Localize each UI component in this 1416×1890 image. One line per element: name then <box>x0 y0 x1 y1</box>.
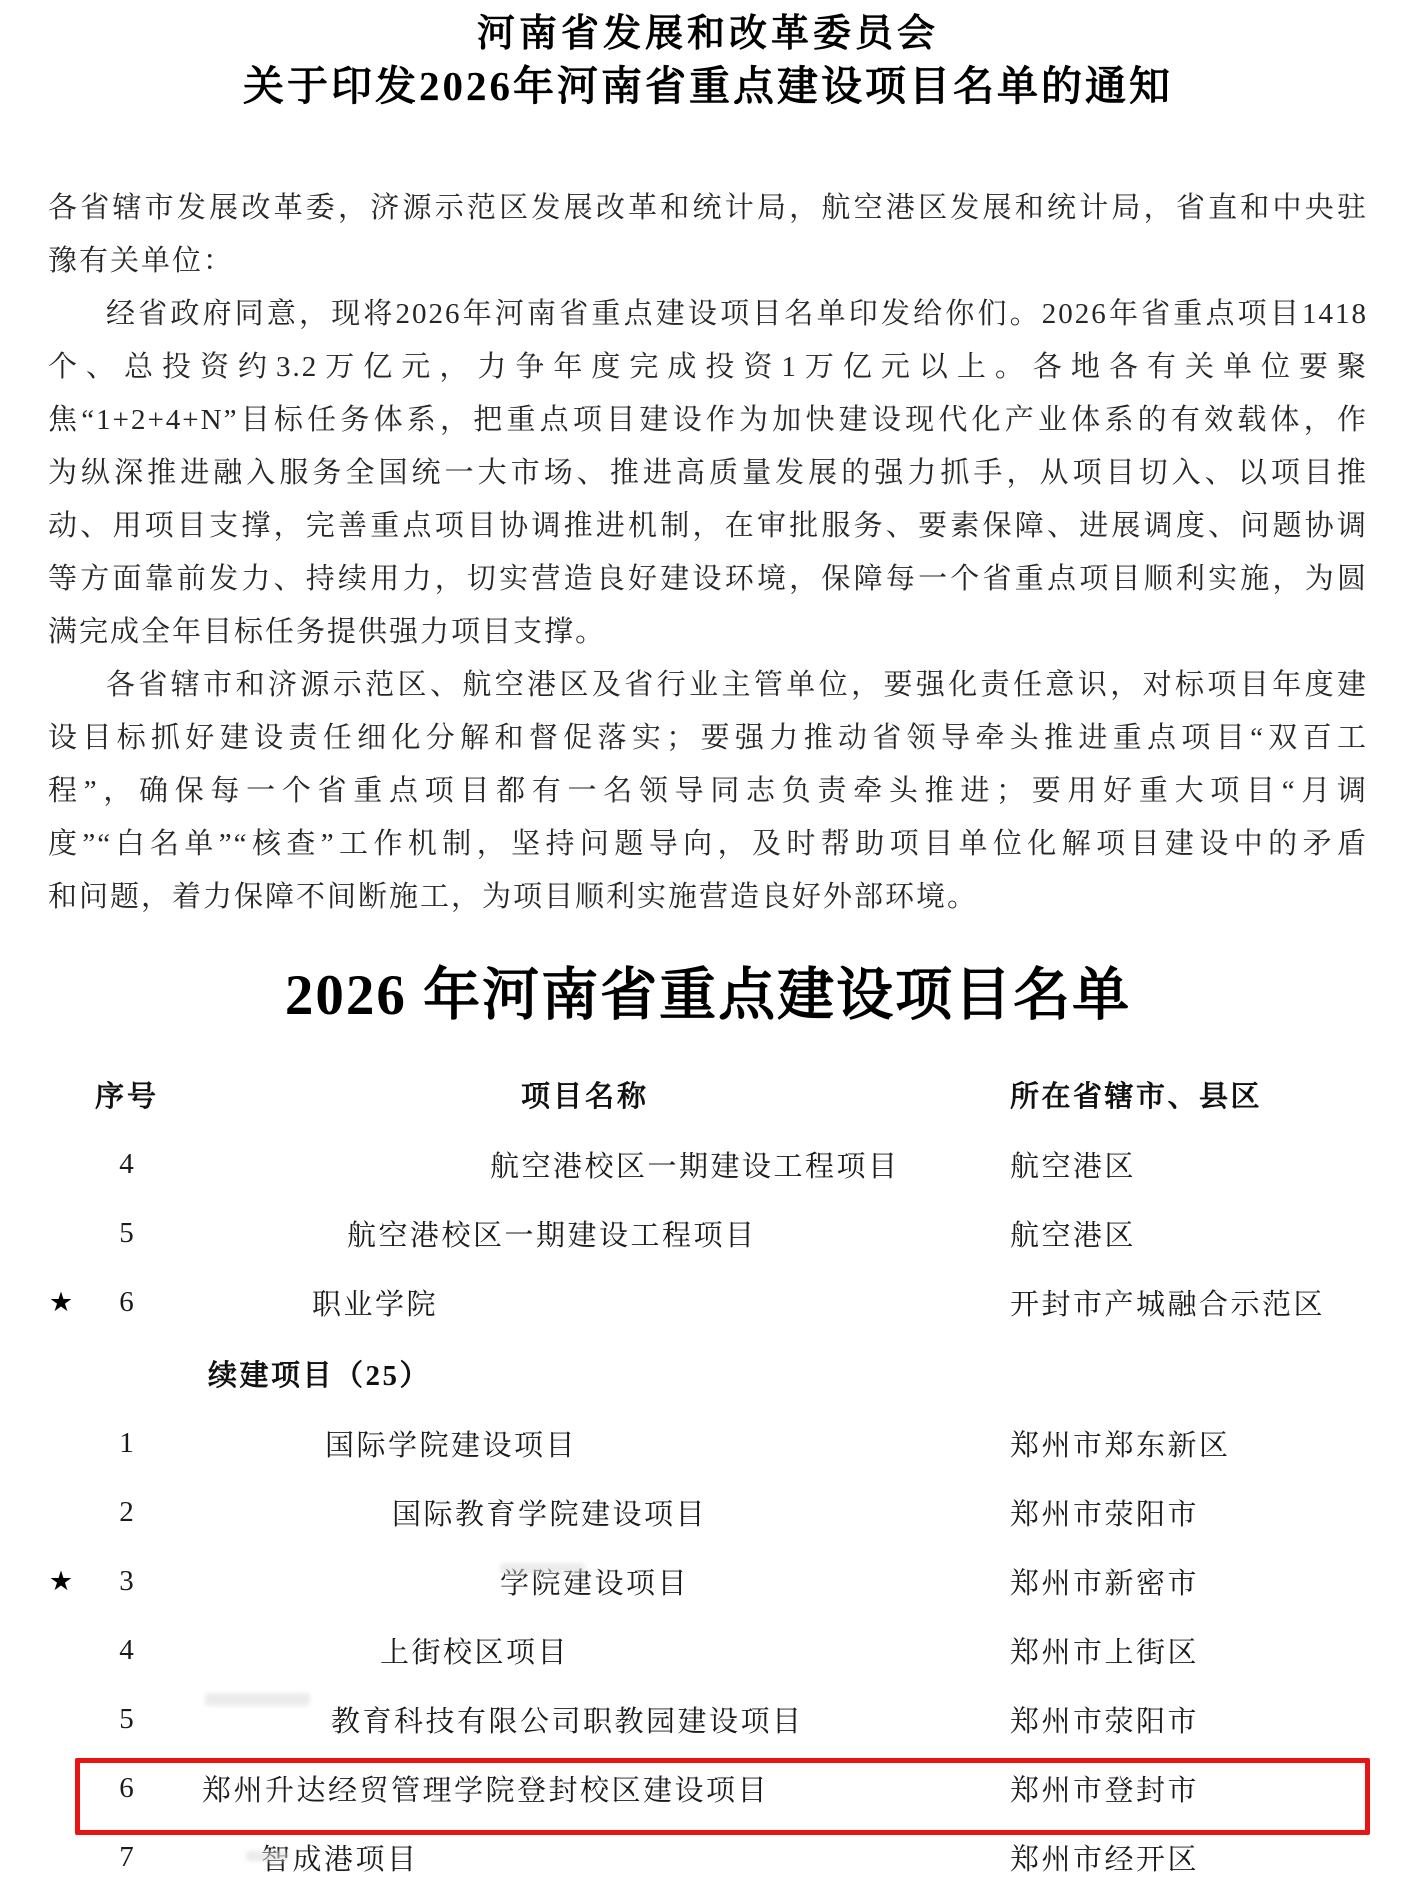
project-location: 开封市产城融合示范区 <box>1000 1282 1416 1323</box>
body-line: 为纵深推进融入服务全国统一大市场、推进高质量发展的强力抓手，从项目切入、以项目推 <box>48 447 1368 500</box>
star-icon: ★ <box>38 1566 84 1597</box>
table-row-highlighted: 6 郑州升达经贸管理学院登封校区建设项目 郑州市登封市 <box>0 1754 1416 1823</box>
notice-body: 各省辖市发展改革委，济源示范区发展改革和统计局，航空港区发展和统计局，省直和中央… <box>48 182 1368 924</box>
table-header-row: 序号 项目名称 所在省辖市、县区 <box>0 1058 1416 1130</box>
notice-title: 关于印发2026年河南省重点建设项目名单的通知 <box>0 60 1416 112</box>
body-line: 各省辖市发展改革委，济源示范区发展改革和统计局，航空港区发展和统计局，省直和中央… <box>48 182 1368 235</box>
row-index: 2 <box>84 1496 170 1529</box>
body-line: 和问题，着力保障不间断施工，为项目顺利实施营造良好外部环境。 <box>48 871 1368 924</box>
body-line: 程”，确保每一个省重点项目都有一名领导同志负责牵头推进；要用好重大项目“月调 <box>48 765 1368 818</box>
row-index: 4 <box>84 1148 170 1181</box>
row-index: 4 <box>84 1634 170 1667</box>
row-index: 5 <box>84 1217 170 1250</box>
document-page: 河南省发展和改革委员会 关于印发2026年河南省重点建设项目名单的通知 各省辖市… <box>0 0 1416 1890</box>
table-row: ★ 6 职业学院 开封市产城融合示范区 <box>0 1268 1416 1337</box>
body-line: 经省政府同意，现将2026年河南省重点建设项目名单印发给你们。2026年省重点项… <box>48 288 1368 341</box>
row-index: 6 <box>84 1286 170 1319</box>
column-header-name: 项目名称 <box>170 1074 1000 1115</box>
project-name: 智成港项目 <box>170 1837 1000 1878</box>
project-name: 航空港校区一期建设工程项目 <box>170 1213 1000 1254</box>
project-name: 上街校区项目 <box>170 1630 1000 1671</box>
table-row: 5 航空港校区一期建设工程项目 航空港区 <box>0 1199 1416 1268</box>
project-location: 郑州市上街区 <box>1000 1630 1416 1671</box>
table-row: 1 国际学院建设项目 郑州市郑东新区 <box>0 1409 1416 1478</box>
row-index: 3 <box>84 1565 170 1598</box>
table-row: 4 上街校区项目 郑州市上街区 <box>0 1616 1416 1685</box>
star-icon: ★ <box>38 1287 84 1318</box>
body-line: 设目标抓好建设责任细化分解和督促落实；要强力推动省领导牵头推进重点项目“双百工 <box>48 712 1368 765</box>
body-line: 等方面靠前发力、持续用力，切实营造良好建设环境，保障每一个省重点项目顺利实施，为… <box>48 553 1368 606</box>
project-location: 郑州市经开区 <box>1000 1837 1416 1878</box>
redaction-smudge <box>500 1563 585 1574</box>
project-name: 航空港校区一期建设工程项目 <box>170 1144 1000 1185</box>
project-location: 航空港区 <box>1000 1213 1416 1254</box>
project-name: 国际教育学院建设项目 <box>170 1492 1000 1533</box>
table-row: 7 智成港项目 郑州市经开区 <box>0 1823 1416 1890</box>
body-line: 动、用项目支撑，完善重点项目协调推进机制，在审批服务、要素保障、进展调度、问题协… <box>48 500 1368 553</box>
body-line: 度”“白名单”“核查”工作机制，坚持问题导向，及时帮助项目单位化解项目建设中的矛… <box>48 818 1368 871</box>
redaction-smudge <box>246 1851 288 1861</box>
document-header: 河南省发展和改革委员会 关于印发2026年河南省重点建设项目名单的通知 <box>0 10 1416 112</box>
row-index: 1 <box>84 1427 170 1460</box>
table-row: 4 航空港校区一期建设工程项目 航空港区 <box>0 1130 1416 1199</box>
project-location: 郑州市郑东新区 <box>1000 1423 1416 1464</box>
project-name: 学院建设项目 <box>170 1561 1000 1602</box>
row-index: 6 <box>84 1772 170 1805</box>
project-location: 郑州市荥阳市 <box>1000 1699 1416 1740</box>
project-table: 序号 项目名称 所在省辖市、县区 4 航空港校区一期建设工程项目 航空港区 5 … <box>0 1058 1416 1890</box>
project-location: 郑州市登封市 <box>1000 1768 1416 1809</box>
row-index: 7 <box>84 1841 170 1874</box>
project-location: 航空港区 <box>1000 1144 1416 1185</box>
body-line: 个、总投资约3.2万亿元，力争年度完成投资1万亿元以上。各地各有关单位要聚 <box>48 341 1368 394</box>
project-name: 职业学院 <box>170 1282 1000 1323</box>
section-label: 续建项目（25） <box>170 1353 1000 1394</box>
project-location: 郑州市新密市 <box>1000 1561 1416 1602</box>
project-location: 郑州市荥阳市 <box>1000 1492 1416 1533</box>
project-list-title: 2026 年河南省重点建设项目名单 <box>0 958 1416 1034</box>
column-header-location: 所在省辖市、县区 <box>1000 1074 1416 1115</box>
redaction-smudge <box>205 1693 310 1706</box>
body-line: 豫有关单位： <box>48 235 1368 288</box>
project-name: 郑州升达经贸管理学院登封校区建设项目 <box>170 1768 1000 1809</box>
body-line: 焦“1+2+4+N”目标任务体系，把重点项目建设作为加快建设现代化产业体系的有效… <box>48 394 1368 447</box>
column-header-index: 序号 <box>84 1074 170 1115</box>
table-row: ★ 3 学院建设项目 郑州市新密市 <box>0 1547 1416 1616</box>
body-line: 各省辖市和济源示范区、航空港区及省行业主管单位，要强化责任意识，对标项目年度建 <box>48 659 1368 712</box>
issuing-org-title: 河南省发展和改革委员会 <box>0 10 1416 58</box>
row-index: 5 <box>84 1703 170 1736</box>
table-section-row: 续建项目（25） <box>0 1337 1416 1409</box>
body-line: 满完成全年目标任务提供强力项目支撑。 <box>48 606 1368 659</box>
table-row: 2 国际教育学院建设项目 郑州市荥阳市 <box>0 1478 1416 1547</box>
project-name: 国际学院建设项目 <box>170 1423 1000 1464</box>
